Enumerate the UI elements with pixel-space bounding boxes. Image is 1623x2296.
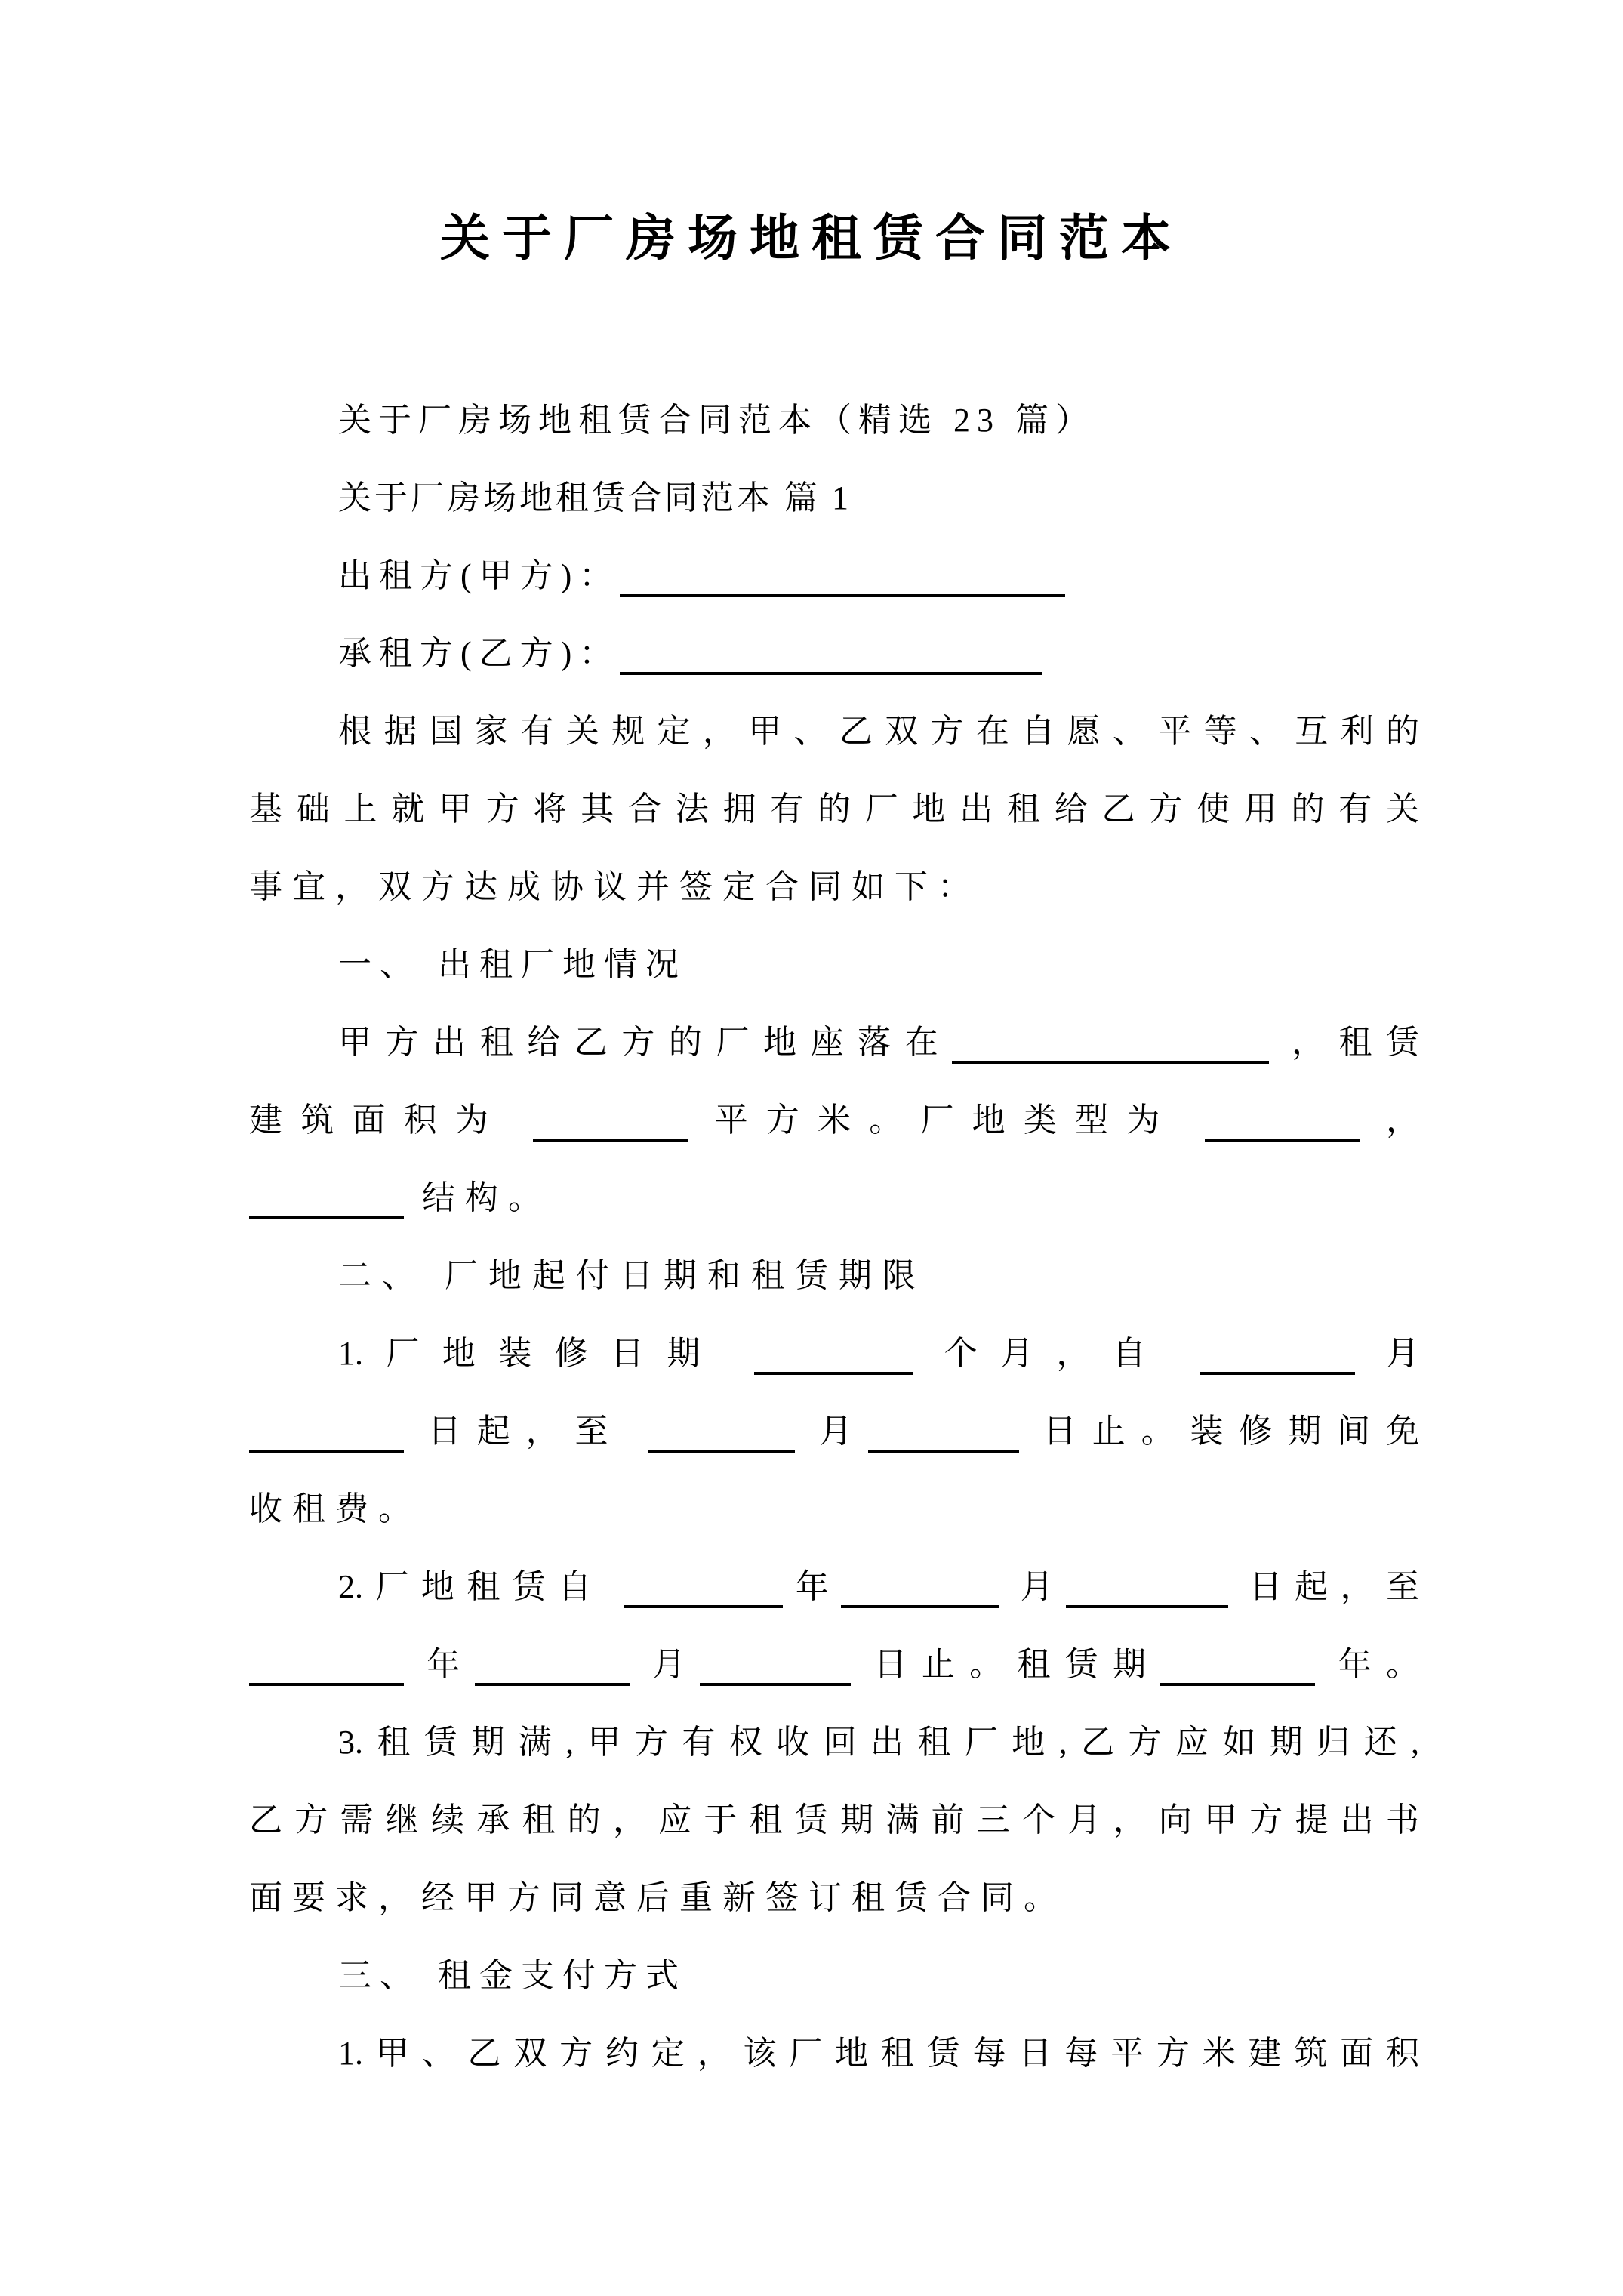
- text-run: 平方米。厂地类型为: [688, 1102, 1204, 1139]
- preamble-line-3: 事宜，双方达成协议并签定合同如下：: [249, 848, 1419, 926]
- text-run: 月: [795, 1413, 868, 1450]
- text-run: 根据国家有关规定，甲、乙双方在自愿、平等、互利的: [338, 713, 1419, 750]
- text-run: 结构。: [404, 1179, 551, 1216]
- text-run: 一、 出租厂地情况: [338, 946, 687, 983]
- blank-underline-field: [620, 556, 1065, 597]
- blank-underline-field: [1160, 1645, 1315, 1686]
- text-run: 乙方需继续承租的，应于租赁期满前三个月，向甲方提出书: [249, 1801, 1419, 1838]
- text-run: 三、 租金支付方式: [338, 1957, 687, 1994]
- section-3-item-1-line-1: 1.甲、乙双方约定，该厂地租赁每日每平方米建筑面积: [249, 2014, 1419, 2092]
- section-2-item-3-line-1: 3.租赁期满,甲方有权收回出租厂地,乙方应如期归还,: [249, 1703, 1419, 1781]
- section-3-heading: 三、 租金支付方式: [249, 1937, 1419, 2014]
- blank-underline-field: [700, 1645, 851, 1686]
- section-2-item-3-line-2: 乙方需继续承租的，应于租赁期满前三个月，向甲方提出书: [249, 1781, 1419, 1859]
- text-run: 承租方(乙方)：: [338, 635, 620, 672]
- section-2-item-1-line-2: 日起，至 月 日止。装修期间免: [249, 1392, 1419, 1470]
- section-2-item-2-line-2: 年 月 日止。租赁期 年。: [249, 1626, 1419, 1703]
- section-2-heading: 二、 厂地起付日期和租赁期限: [249, 1237, 1419, 1314]
- preamble-line-2: 基础上就甲方将其合法拥有的厂地出租给乙方使用的有关: [249, 770, 1419, 848]
- text-run: 二、 厂地起付日期和租赁期限: [338, 1257, 926, 1294]
- section-2-item-2-line-1: 2.厂地租赁自 年 月 日起，至: [249, 1548, 1419, 1626]
- subtitle-part-1: 关于厂房场地租赁合同范本 篇 1: [249, 459, 1419, 537]
- text-run: 收租费。: [249, 1490, 421, 1527]
- blank-underline-field: [1200, 1334, 1355, 1375]
- text-run: ，租赁: [1269, 1024, 1419, 1061]
- text-run: 年: [404, 1646, 475, 1683]
- blank-underline-field: [249, 1412, 404, 1453]
- lessor-party-line: 出租方(甲方)：: [249, 537, 1419, 615]
- text-run: 日止。租赁期: [851, 1646, 1160, 1683]
- text-run: 1.厂地装修日期: [338, 1335, 754, 1372]
- blank-underline-field: [1066, 1567, 1228, 1608]
- text-run: 建筑面积为: [249, 1102, 533, 1139]
- text-run: 关于厂房场地租赁合同范本 篇 1: [338, 479, 852, 516]
- blank-underline-field: [249, 1645, 404, 1686]
- text-run: 年: [783, 1568, 841, 1605]
- blank-underline-field: [249, 1179, 404, 1219]
- section-1-heading: 一、 出租厂地情况: [249, 926, 1419, 1003]
- document-title: 关于厂房场地租赁合同范本: [0, 198, 1623, 281]
- text-run: 甲方出租给乙方的厂地座落在: [338, 1024, 952, 1061]
- lessee-party-line: 承租方(乙方)：: [249, 615, 1419, 692]
- text-run: 基础上就甲方将其合法拥有的厂地出租给乙方使用的有关: [249, 791, 1419, 827]
- text-run: 1.甲、乙双方约定，该厂地租赁每日每平方米建筑面积: [338, 2035, 1419, 2072]
- blank-underline-field: [648, 1412, 795, 1453]
- section-2-item-1-line-3: 收租费。: [249, 1470, 1419, 1548]
- text-run: 年。: [1315, 1646, 1419, 1683]
- blank-underline-field: [624, 1567, 783, 1608]
- blank-underline-field: [620, 634, 1042, 675]
- text-run: 日止。装修期间免: [1019, 1413, 1419, 1450]
- section-1-line-3: 结构。: [249, 1159, 1419, 1237]
- blank-underline-field: [952, 1023, 1269, 1064]
- text-run: 月: [999, 1568, 1066, 1605]
- document-body: 关于厂房场地租赁合同范本（精选 23 篇）关于厂房场地租赁合同范本 篇 1出租方…: [249, 381, 1419, 2092]
- text-run: 月: [630, 1646, 701, 1683]
- subtitle-selected-count: 关于厂房场地租赁合同范本（精选 23 篇）: [249, 381, 1419, 459]
- text-run: 出租方(甲方)：: [338, 557, 620, 594]
- blank-underline-field: [868, 1412, 1019, 1453]
- section-2-item-3-line-3: 面要求，经甲方同意后重新签订租赁合同。: [249, 1859, 1419, 1937]
- section-1-line-1: 甲方出租给乙方的厂地座落在 ，租赁: [249, 1003, 1419, 1081]
- text-run: 日起，至: [404, 1413, 648, 1450]
- text-run: 面要求，经甲方同意后重新签订租赁合同。: [249, 1879, 1067, 1916]
- document-page: 关于厂房场地租赁合同范本 关于厂房场地租赁合同范本（精选 23 篇）关于厂房场地…: [0, 0, 1623, 2296]
- text-run: 3.租赁期满,甲方有权收回出租厂地,乙方应如期归还,: [338, 1724, 1419, 1761]
- blank-underline-field: [841, 1567, 999, 1608]
- text-run: 关于厂房场地租赁合同范本（精选 23 篇）: [338, 402, 1095, 439]
- text-run: 月: [1355, 1335, 1419, 1372]
- blank-underline-field: [754, 1334, 913, 1375]
- blank-underline-field: [533, 1101, 688, 1142]
- text-run: 日起，至: [1228, 1568, 1419, 1605]
- text-run: ，: [1360, 1102, 1419, 1139]
- section-2-item-1-line-1: 1.厂地装修日期 个月，自 月: [249, 1314, 1419, 1392]
- section-1-line-2: 建筑面积为 平方米。厂地类型为 ，: [249, 1081, 1419, 1159]
- text-run: 事宜，双方达成协议并签定合同如下：: [249, 868, 981, 905]
- text-run: 个月，自: [913, 1335, 1200, 1372]
- blank-underline-field: [475, 1645, 630, 1686]
- preamble-line-1: 根据国家有关规定，甲、乙双方在自愿、平等、互利的: [249, 692, 1419, 770]
- blank-underline-field: [1205, 1101, 1360, 1142]
- text-run: 2.厂地租赁自: [338, 1568, 624, 1605]
